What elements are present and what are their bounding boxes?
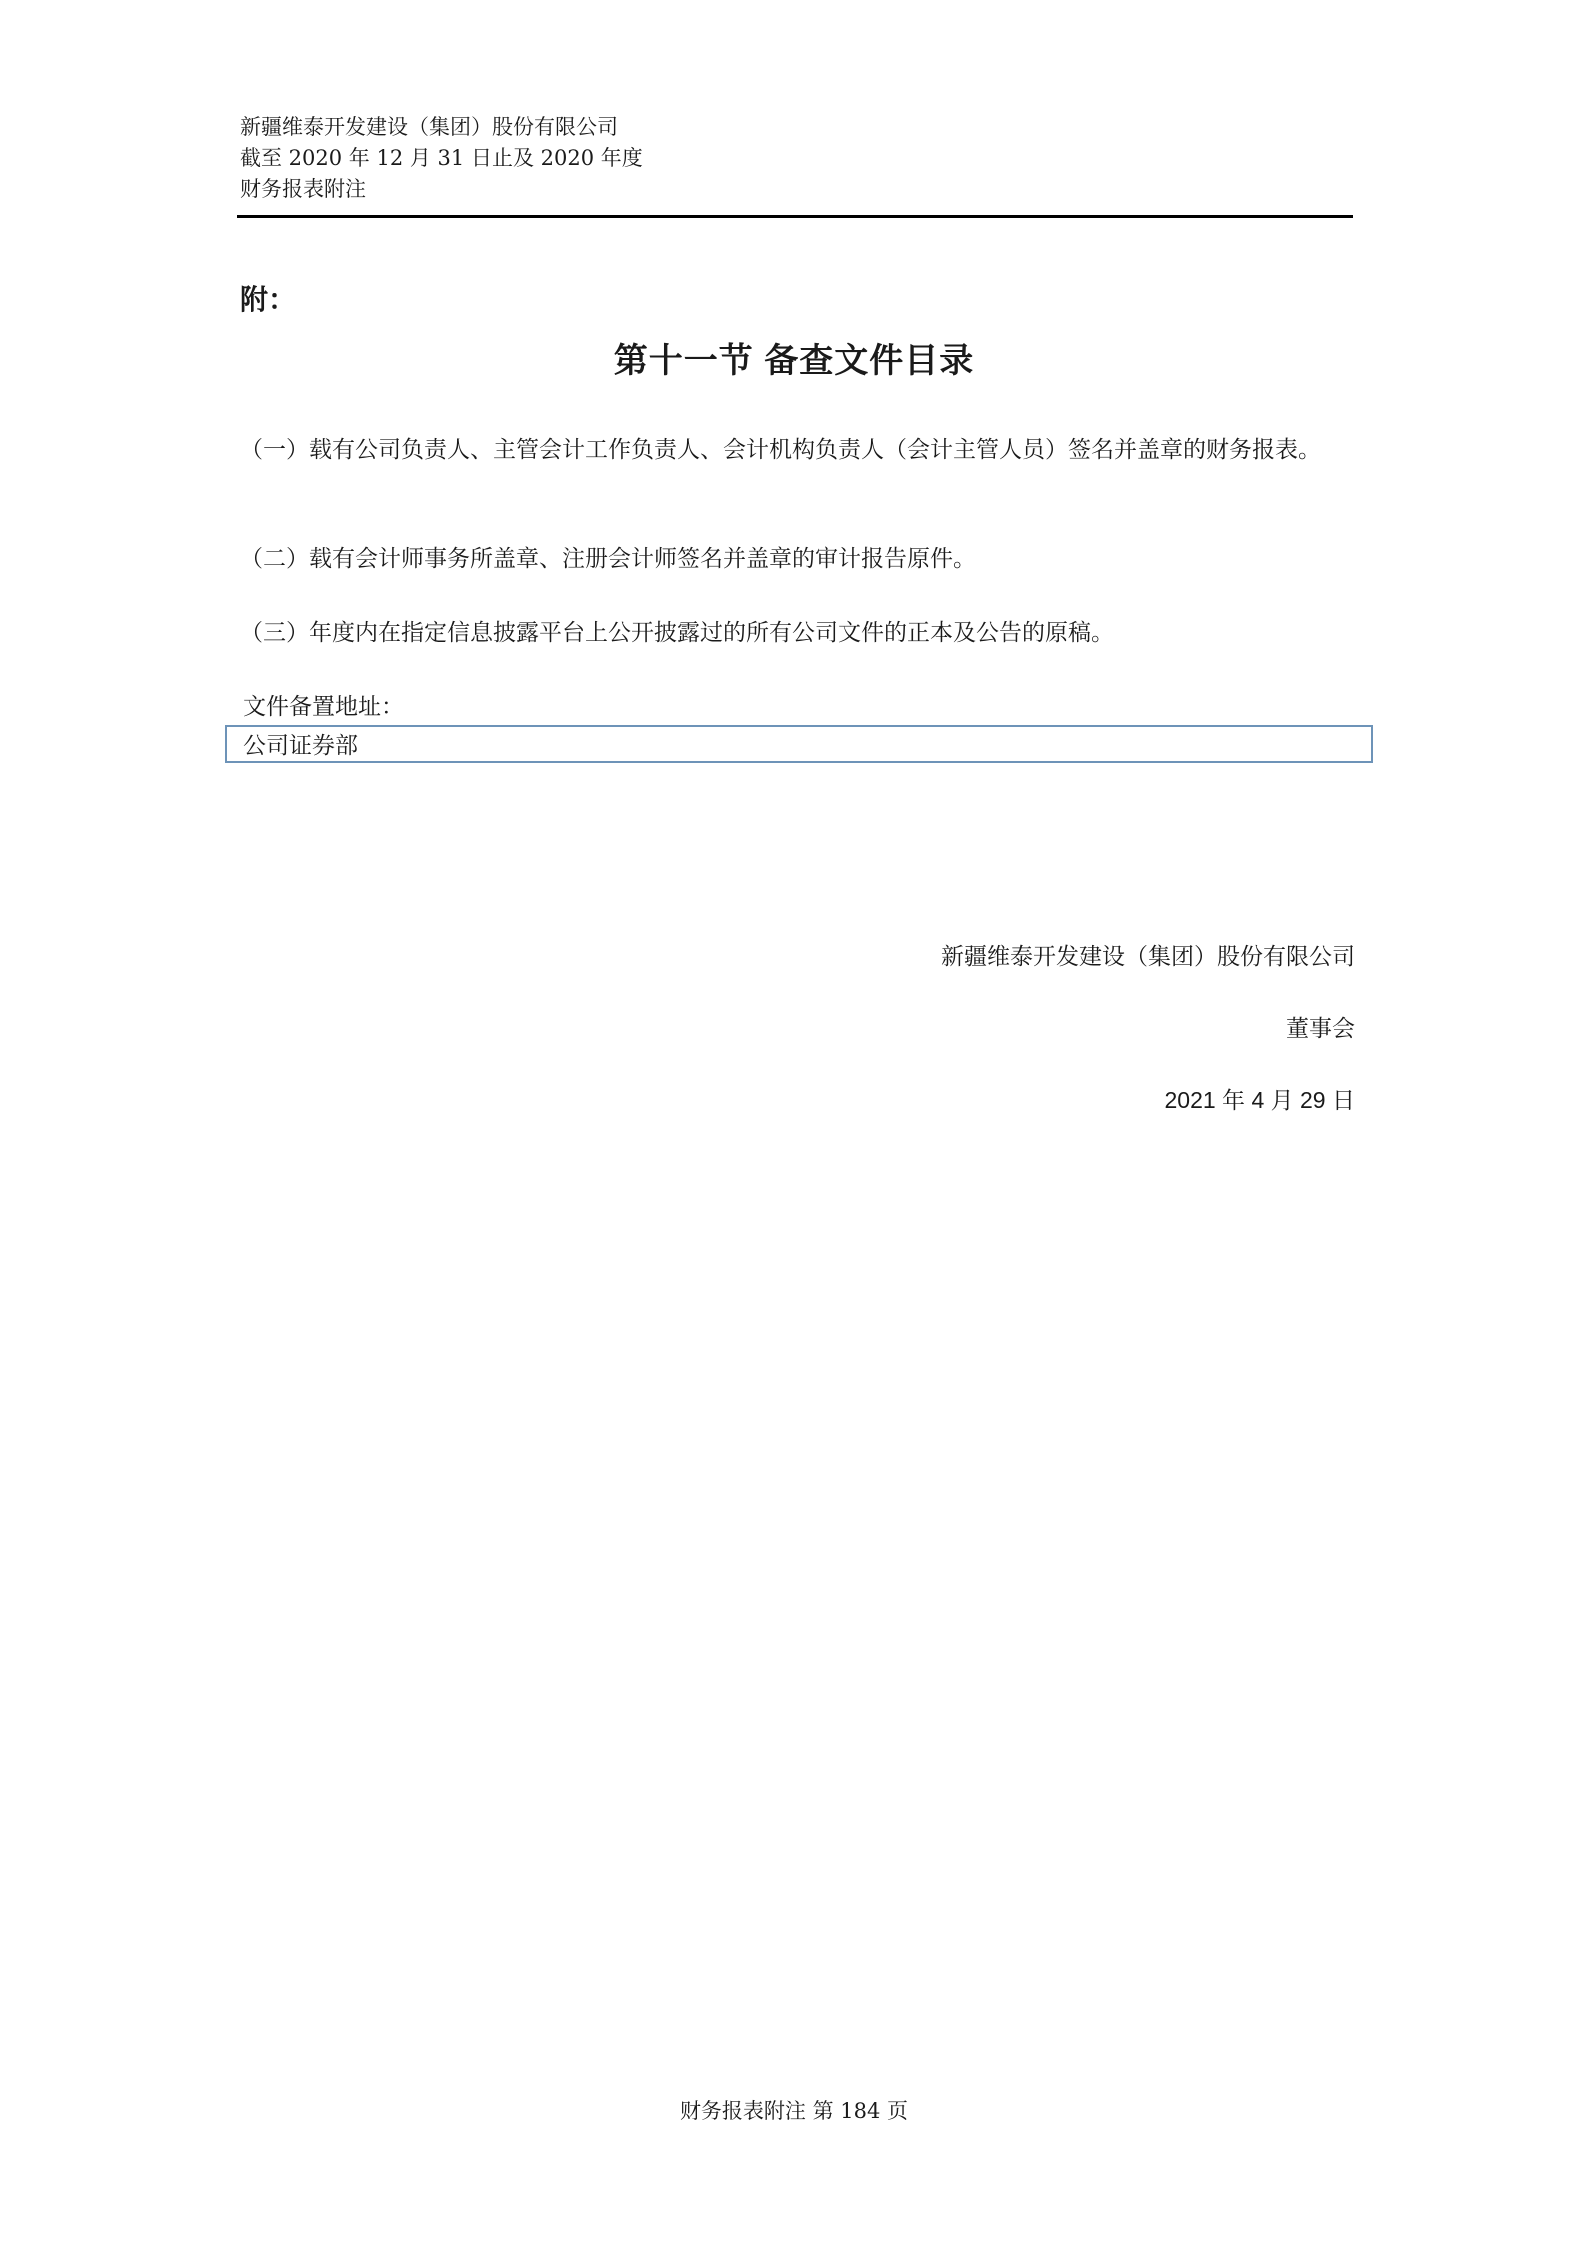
signature-company: 新疆维泰开发建设（集团）股份有限公司	[941, 938, 1355, 971]
list-item: （一）载有公司负责人、主管会计工作负责人、会计机构负责人（会计主管人员）签名并盖…	[240, 431, 1360, 469]
header-divider	[237, 215, 1353, 218]
list-item: （三）年度内在指定信息披露平台上公开披露过的所有公司文件的正本及公告的原稿。	[240, 614, 1360, 652]
page-header: 新疆维泰开发建设（集团）股份有限公司 截至 2020 年 12 月 31 日止及…	[240, 112, 643, 205]
address-label: 文件备置地址：	[243, 688, 404, 721]
section-title: 第十一节 备查文件目录	[0, 333, 1588, 382]
signature-date: 2021 年 4 月 29 日	[1165, 1082, 1356, 1115]
header-doc-type: 财务报表附注	[240, 174, 643, 205]
page-footer: 财务报表附注 第 184 页	[0, 2095, 1588, 2125]
appendix-label: 附：	[240, 278, 296, 318]
signature-board: 董事会	[1286, 1010, 1355, 1043]
list-item: （二）载有会计师事务所盖章、注册会计师签名并盖章的审计报告原件。	[240, 540, 1360, 578]
header-company: 新疆维泰开发建设（集团）股份有限公司	[240, 112, 643, 143]
address-value: 公司证券部	[243, 727, 358, 760]
header-period: 截至 2020 年 12 月 31 日止及 2020 年度	[240, 143, 643, 174]
address-field-box[interactable]	[225, 725, 1373, 763]
